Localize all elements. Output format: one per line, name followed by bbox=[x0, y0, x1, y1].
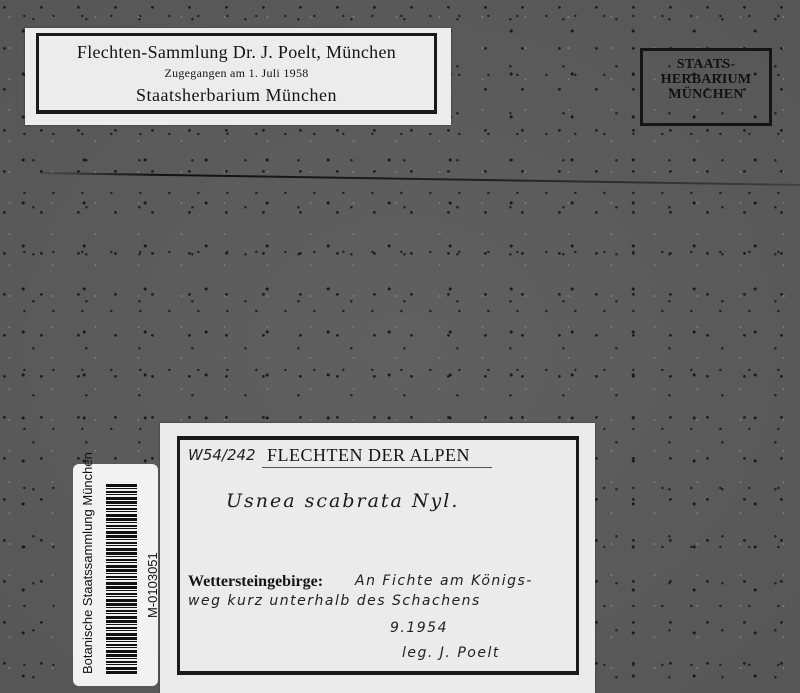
locality-line-1: An Fichte am Königs- bbox=[355, 573, 533, 589]
barcode-institution: Botanische Staatssammlung München bbox=[80, 474, 95, 674]
barcode-icon bbox=[106, 484, 137, 674]
stamp-line-3: MÜNCHEN bbox=[643, 87, 769, 102]
series-title: FLECHTEN DER ALPEN bbox=[267, 445, 470, 466]
region: Wettersteingebirge: bbox=[188, 573, 323, 591]
stamp-line-2: HERBARIUM bbox=[643, 72, 769, 87]
barcode-label: Botanische Staatssammlung München M-0103… bbox=[73, 464, 158, 686]
herbarium-name: Staatsherbarium München bbox=[39, 85, 434, 106]
collection-title: Flechten-Sammlung Dr. J. Poelt, München bbox=[39, 42, 434, 63]
collection-date: 9.1954 bbox=[390, 620, 448, 636]
herbarium-stamp: STAATS- HERBARIUM MÜNCHEN bbox=[640, 48, 772, 126]
catalog-number: M-0103051 bbox=[145, 498, 160, 618]
taxon-name: Usnea scabrata Nyl. bbox=[226, 490, 459, 512]
collector: leg. J. Poelt bbox=[402, 645, 500, 661]
collection-label-border: Flechten-Sammlung Dr. J. Poelt, München … bbox=[36, 33, 437, 114]
sheet-fold-line bbox=[40, 172, 800, 186]
accession-date: Zugegangen am 1. Juli 1958 bbox=[39, 66, 434, 81]
determination-label: W54/242 FLECHTEN DER ALPEN Usnea scabrat… bbox=[160, 423, 595, 693]
title-underline bbox=[262, 467, 492, 468]
locality-line-2: weg kurz unterhalb des Schachens bbox=[188, 593, 481, 609]
determination-label-border: W54/242 FLECHTEN DER ALPEN Usnea scabrat… bbox=[177, 436, 579, 675]
collection-label: Flechten-Sammlung Dr. J. Poelt, München … bbox=[25, 28, 451, 125]
series-code: W54/242 bbox=[188, 446, 256, 464]
stamp-line-1: STAATS- bbox=[643, 57, 769, 72]
